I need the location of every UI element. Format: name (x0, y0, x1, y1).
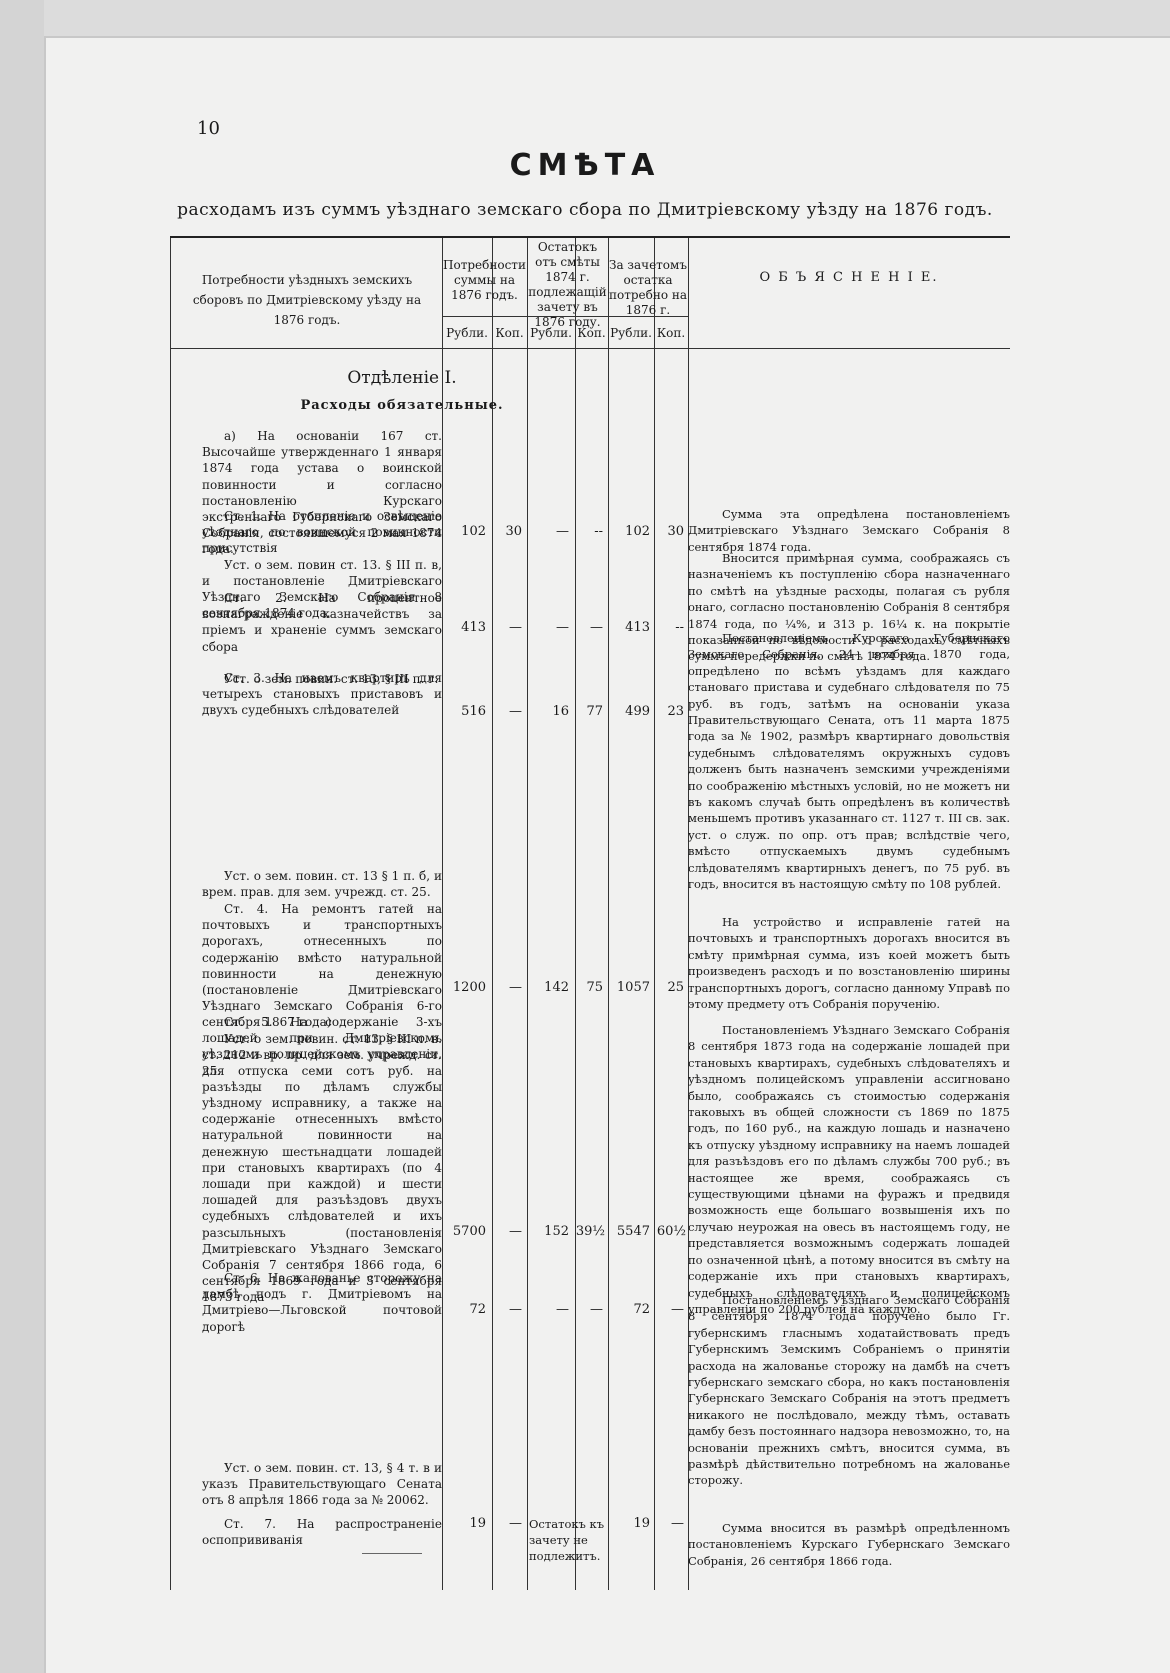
column-divider (575, 238, 576, 1590)
net-rub: 19 (608, 1516, 650, 1531)
header-remainder: Остатокъ отъ смѣты 1874 г. подлежащій за… (527, 240, 608, 330)
net-kop: 30 (654, 524, 684, 539)
rem-rub: — (527, 620, 569, 635)
rem-rub: 152 (527, 1224, 569, 1239)
table-row: Ст. 7. На распространеніе оспопрививанія (202, 1516, 442, 1548)
rem-kop: — (575, 1302, 603, 1317)
section-subtitle: Расходы обязательные. (202, 398, 602, 413)
net-kop: 25 (654, 980, 684, 995)
req-kop: — (492, 1516, 522, 1531)
row-explanation: На устройство и исправленіе гатей на поч… (688, 914, 1010, 1012)
req-kop: — (492, 704, 522, 719)
remainder-note: Остатокъ къ зачету не подлежитъ. (529, 1516, 607, 1564)
rem-kop: 39½ (575, 1224, 605, 1239)
net-kop: 60½ (654, 1224, 686, 1239)
net-rub: 5547 (608, 1224, 650, 1239)
table-border-left (170, 238, 171, 1590)
header-bottom-rule (170, 348, 1010, 349)
footer-rule (362, 1553, 422, 1554)
row-explanation: Сумма вносится въ размѣрѣ опредѣленномъ … (688, 1520, 1010, 1569)
table-row: Ст. 6. На жалованье сторожу на дамбѣ под… (202, 1270, 442, 1335)
column-divider (492, 238, 493, 1590)
req-kop: — (492, 1224, 522, 1239)
row-explanation: Постановленіемъ Уѣзднаго Земскаго Собран… (688, 1292, 1010, 1489)
req-rub: 102 (442, 524, 486, 539)
header-kop: Коп. (654, 326, 688, 341)
rem-rub: — (527, 524, 569, 539)
req-kop: 30 (492, 524, 522, 539)
row-explanation: Постановленіемъ Уѣзднаго Земскаго Собран… (688, 1022, 1010, 1317)
header-rub: Рубли. (608, 326, 654, 341)
req-rub: 516 (442, 704, 486, 719)
rem-rub: 16 (527, 704, 569, 719)
req-rub: 1200 (442, 980, 486, 995)
header-explanation: О Б Ъ Я С Н Е Н І Е. (688, 270, 1010, 285)
header-needs: Потребности уѣздныхъ земскихъ сборовъ по… (176, 270, 438, 330)
rem-kop: -- (575, 524, 603, 539)
net-kop: — (654, 1302, 684, 1317)
section-title: Отдѣленіе I. (202, 368, 602, 388)
net-kop: -- (654, 620, 684, 635)
net-kop: — (654, 1516, 684, 1531)
req-rub: 19 (442, 1516, 486, 1531)
law-reference: Уст. о зем. повин. ст. 13 § 1 п. б, и вр… (202, 868, 442, 900)
rem-rub: — (527, 1302, 569, 1317)
net-rub: 72 (608, 1302, 650, 1317)
document-subtitle: расходамъ изъ суммъ уѣзднаго земскаго сб… (0, 200, 1170, 220)
column-divider (608, 238, 609, 1590)
scan-margin (0, 0, 44, 1673)
net-rub: 1057 (608, 980, 650, 995)
net-kop: 23 (654, 704, 684, 719)
rem-kop: — (575, 620, 603, 635)
net-rub: 413 (608, 620, 650, 635)
page-number: 10 (197, 118, 220, 139)
header-rub: Рубли. (442, 326, 492, 341)
header-net: За зачетомъ остатка потребно на 1876 г. (608, 258, 688, 318)
req-rub: 413 (442, 620, 486, 635)
rem-rub: 142 (527, 980, 569, 995)
rem-kop: 75 (575, 980, 603, 995)
net-rub: 499 (608, 704, 650, 719)
document-title: СМѢТА (0, 148, 1170, 183)
header-required: Потребности суммы на 1876 годъ. (442, 258, 527, 303)
table-row: Ст. 5. На содержаніе 3-хъ лошадей при Дм… (202, 1014, 442, 1306)
row-explanation: Сумма эта опредѣлена постановленіемъ Дми… (688, 506, 1010, 555)
column-divider (654, 238, 655, 1590)
row-explanation: Постановленіемъ Курскаго Губернскаго Зем… (688, 630, 1010, 893)
header-kop: Коп. (575, 326, 608, 341)
net-rub: 102 (608, 524, 650, 539)
column-divider (527, 238, 528, 1590)
req-rub: 5700 (442, 1224, 486, 1239)
rem-kop: 77 (575, 704, 603, 719)
budget-table: Потребности уѣздныхъ земскихъ сборовъ по… (170, 236, 1010, 1590)
req-rub: 72 (442, 1302, 486, 1317)
law-reference: Уст. о зем. повин. ст. 13, § 4 т. в и ук… (202, 1460, 442, 1509)
column-divider (442, 238, 443, 1590)
table-row: Ст. 3. На наемъ квартиръ для четырехъ ст… (202, 670, 442, 719)
req-kop: — (492, 1302, 522, 1317)
header-rub: Рубли. (527, 326, 575, 341)
req-kop: — (492, 620, 522, 635)
header-kop: Коп. (492, 326, 527, 341)
req-kop: — (492, 980, 522, 995)
